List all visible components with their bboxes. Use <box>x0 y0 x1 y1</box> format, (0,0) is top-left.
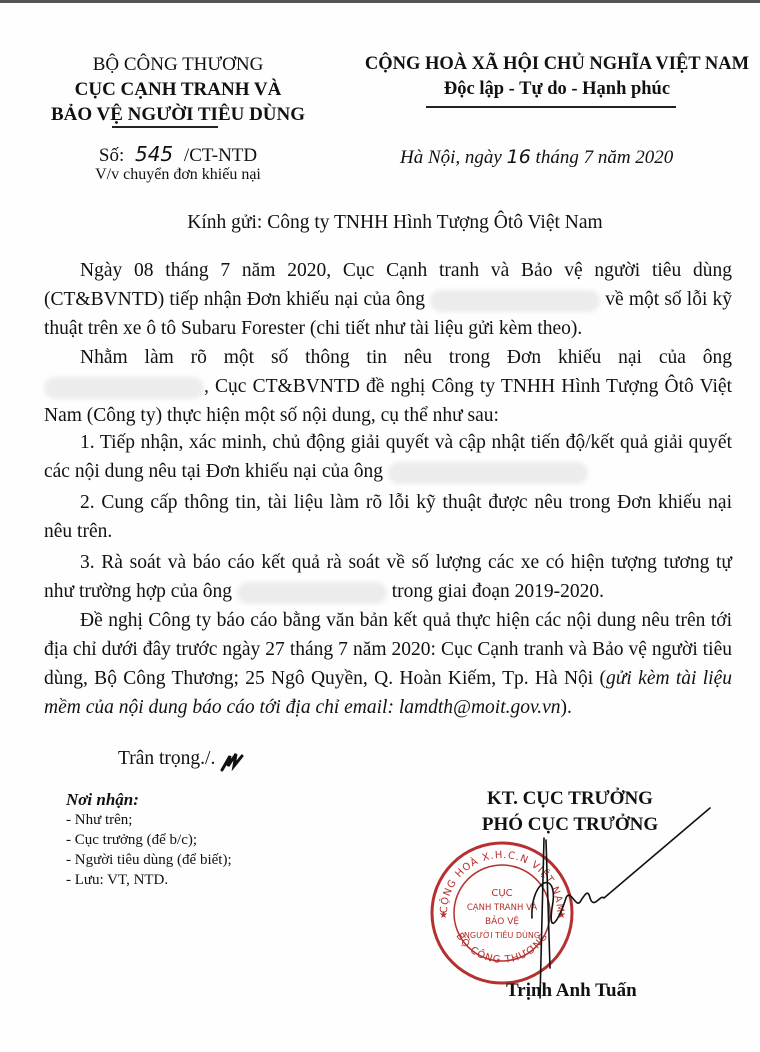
number-prefix: Số: <box>99 145 124 166</box>
list-item-3-text-b: trong giai đoạn 2019-2020. <box>392 581 604 602</box>
redacted-name <box>430 290 600 312</box>
paragraph-3: Đề nghị Công ty báo cáo bằng văn bản kết… <box>44 606 732 722</box>
agency-name-line2: BẢO VỆ NGƯỜI TIÊU DÙNG <box>28 102 328 127</box>
redacted-name <box>388 462 588 484</box>
paragraph-2-text-a: Nhằm làm rõ một số thông tin nêu trong Đ… <box>80 347 732 368</box>
recipients-title: Nơi nhận: <box>66 790 232 810</box>
agency-name-line1: CỤC CẠNH TRANH VÀ <box>28 77 328 102</box>
recipients-block: Nơi nhận: - Như trên; - Cục trưởng (để b… <box>66 790 232 890</box>
closing-text: Trân trọng./. <box>118 748 215 769</box>
recipient-item: - Người tiêu dùng (để biết); <box>66 850 232 870</box>
national-motto: Độc lập - Tự do - Hạnh phúc <box>362 77 752 102</box>
paragraph-3-end: ). <box>560 697 571 718</box>
motto-underline <box>426 106 676 108</box>
place-date-suffix: tháng 7 năm 2020 <box>536 147 674 168</box>
list-item-2: 2. Cung cấp thông tin, tài liệu làm rõ l… <box>44 488 732 546</box>
signer-name: Trịnh Anh Tuấn <box>506 980 637 1002</box>
list-item-3: 3. Rà soát và báo cáo kết quả rà soát về… <box>44 548 732 606</box>
place-date-prefix: Hà Nội, ngày <box>400 147 502 168</box>
list-item-1: 1. Tiếp nhận, xác minh, chủ động giải qu… <box>44 428 732 486</box>
redacted-name <box>44 377 204 399</box>
day-handwritten: 16 <box>507 146 531 168</box>
country-name: CỘNG HOÀ XÃ HỘI CHỦ NGHĨA VIỆT NAM <box>362 52 752 77</box>
handwritten-signature <box>520 798 720 1008</box>
redacted-name <box>237 582 387 604</box>
place-date: Hà Nội, ngày 16 tháng 7 năm 2020 <box>400 146 673 169</box>
list-item-3-text-a: 3. Rà soát và báo cáo kết quả rà soát về… <box>44 552 732 602</box>
recipient-item: - Lưu: VT, NTD. <box>66 870 232 890</box>
ministry-name: BỘ CÔNG THƯƠNG <box>28 52 328 77</box>
closing: Trân trọng./. <box>118 748 246 772</box>
recipient-item: - Như trên; <box>66 810 232 830</box>
issuing-agency-block: BỘ CÔNG THƯƠNG CỤC CẠNH TRANH VÀ BẢO VỆ … <box>28 52 328 127</box>
svg-text:BẢO VỆ: BẢO VỆ <box>485 915 519 927</box>
top-border <box>0 0 760 3</box>
document-number: Số: 545 /CT-NTD <box>0 142 356 167</box>
svg-text:★: ★ <box>439 910 448 921</box>
paragraph-2: Nhằm làm rõ một số thông tin nêu trong Đ… <box>44 343 732 430</box>
recipient-item: - Cục trưởng (để b/c); <box>66 830 232 850</box>
paragraph-1: Ngày 08 tháng 7 năm 2020, Cục Cạnh tranh… <box>44 256 732 343</box>
addressee: Kính gửi: Công ty TNHH Hình Tượng Ôtô Vi… <box>0 212 760 234</box>
initial-mark-icon <box>220 750 246 772</box>
subject-line: V/v chuyển đơn khiếu nại <box>0 166 356 184</box>
svg-text:CỤC: CỤC <box>491 888 512 899</box>
number-handwritten: 545 <box>135 142 173 166</box>
agency-underline <box>112 126 218 128</box>
number-suffix: /CT-NTD <box>184 145 257 166</box>
national-header-block: CỘNG HOÀ XÃ HỘI CHỦ NGHĨA VIỆT NAM Độc l… <box>362 52 752 102</box>
